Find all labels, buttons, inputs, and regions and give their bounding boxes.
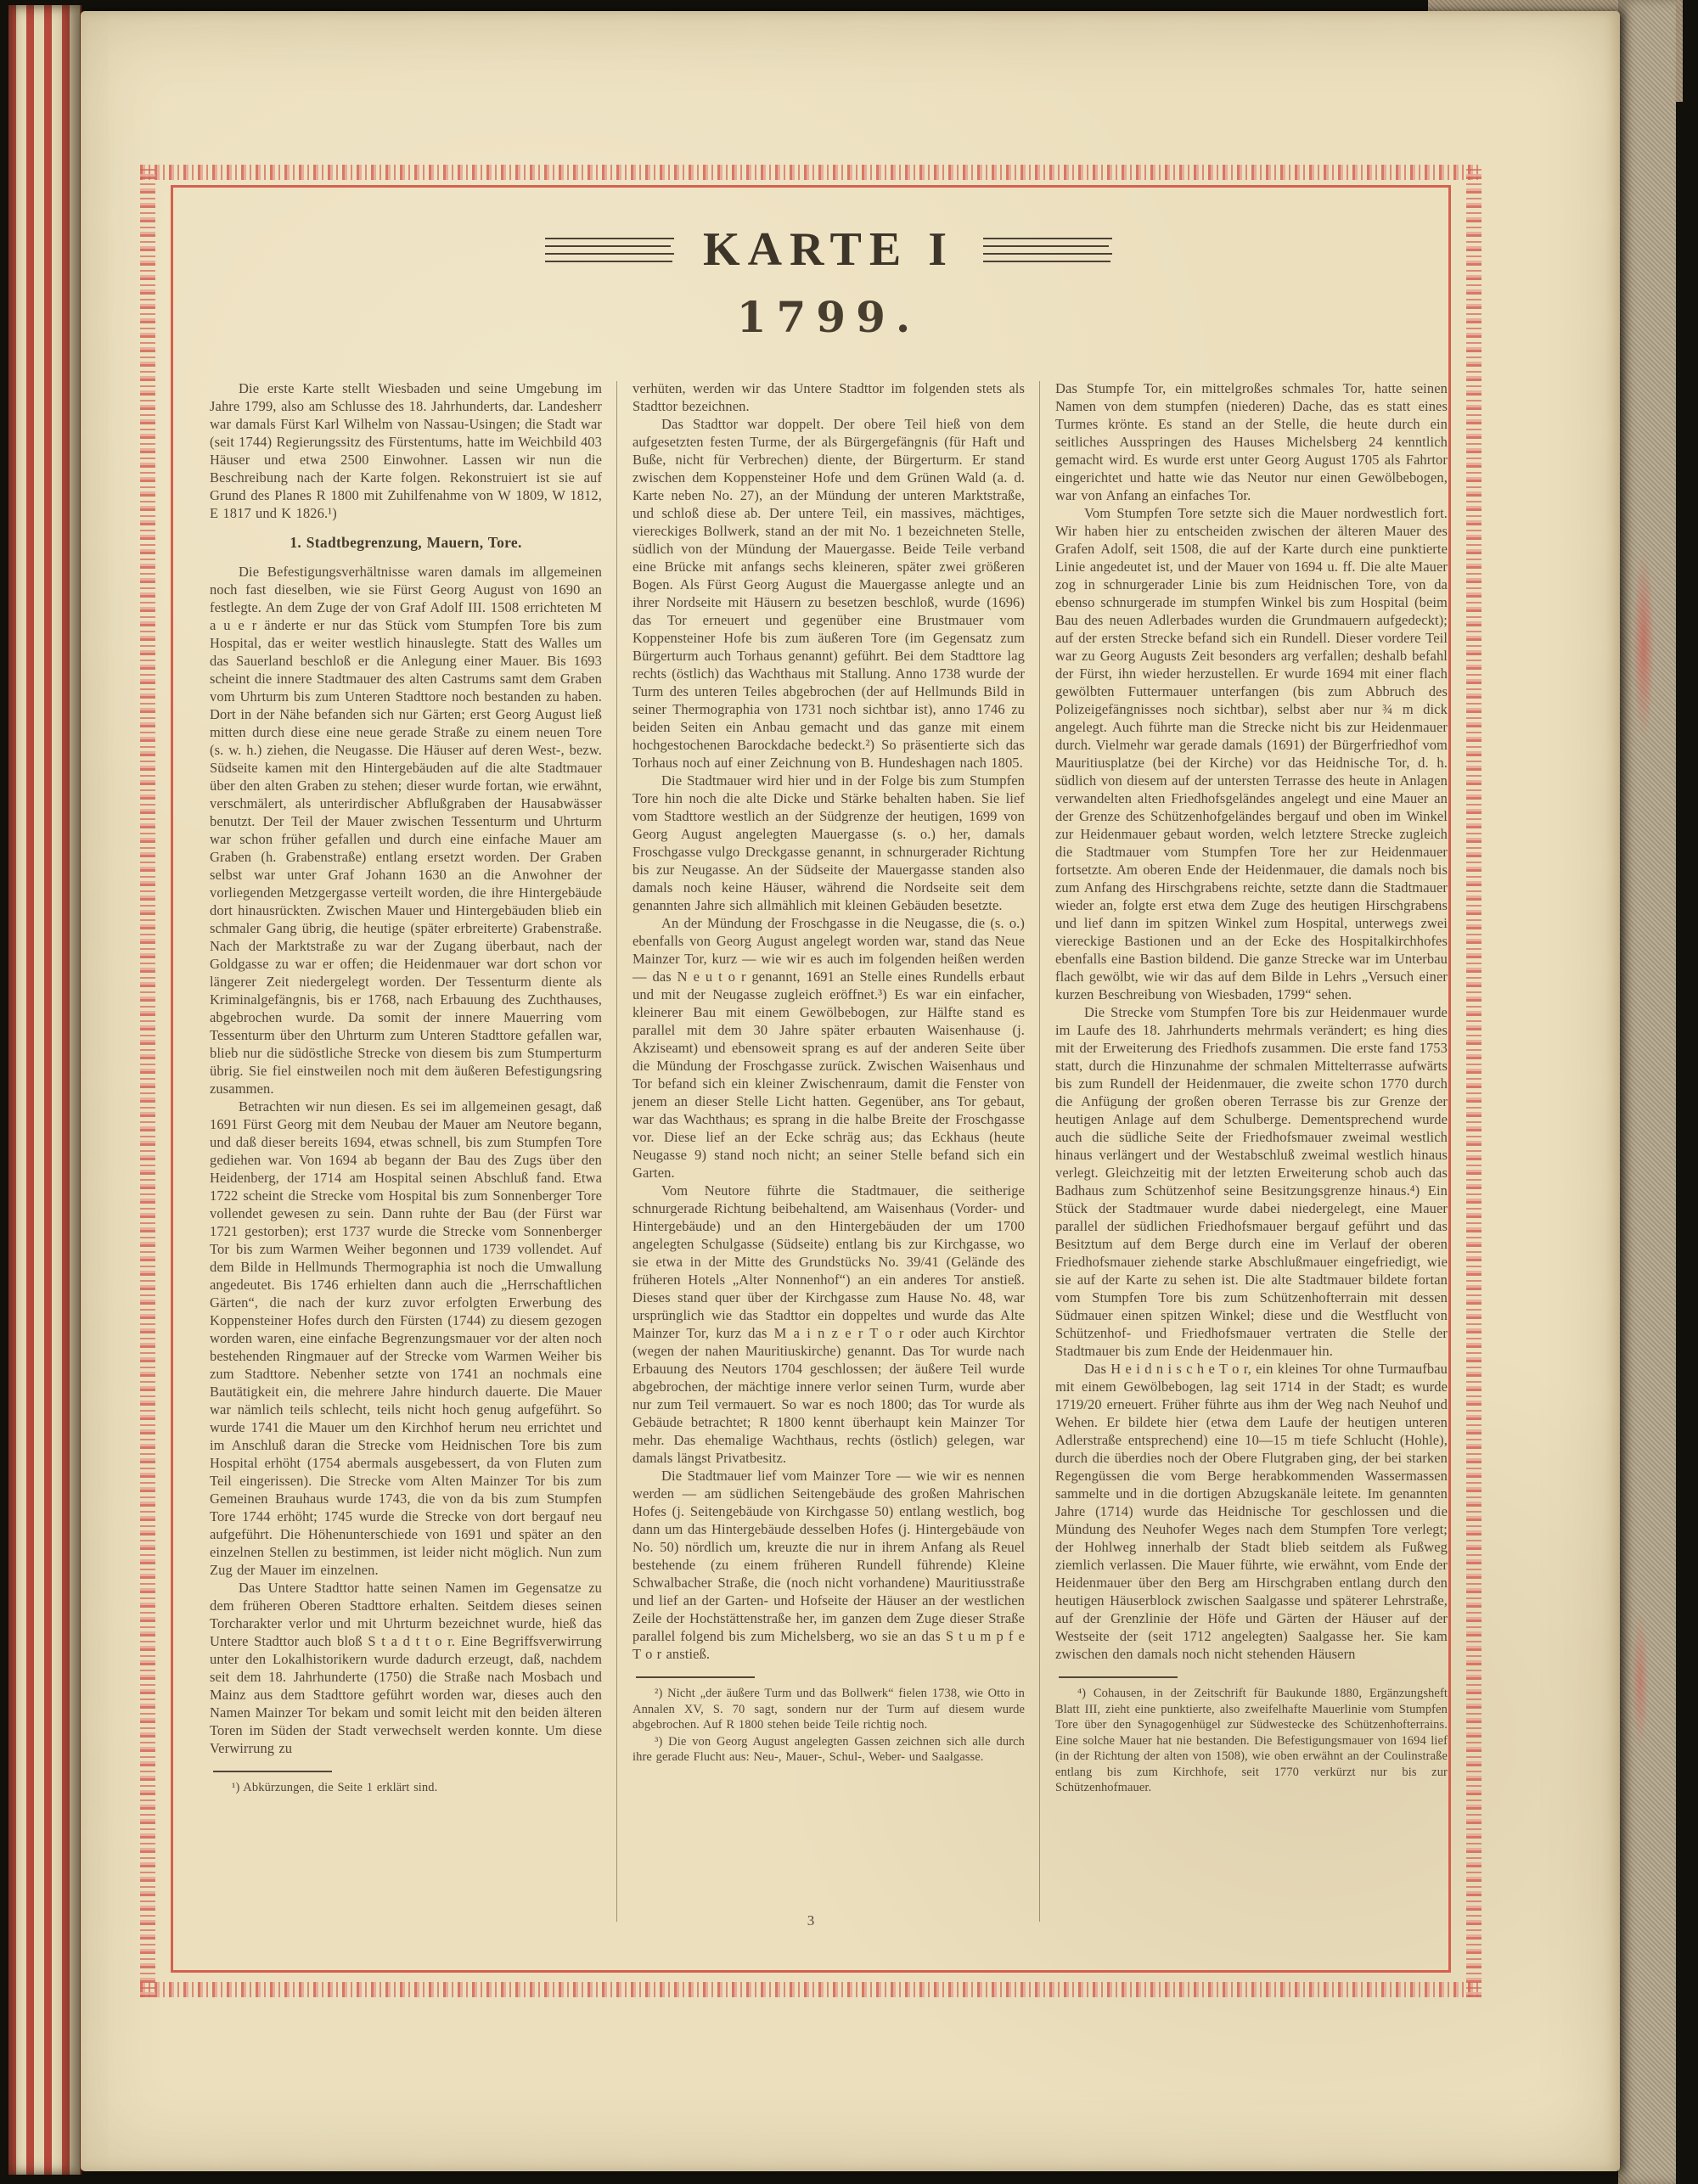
column-divider-left bbox=[616, 381, 617, 1922]
paragraph: Das Stadttor war doppelt. Der obere Teil… bbox=[633, 415, 1025, 772]
section-heading: 1. Stadtbegrenzung, Mauern, Tore. bbox=[210, 534, 602, 552]
paragraph: Vom Stumpfen Tore setzte sich die Mauer … bbox=[1055, 504, 1448, 1003]
title-flourish-left bbox=[545, 238, 674, 262]
binding-cloth-edge bbox=[1618, 0, 1676, 2184]
page-subtitle-year: 1799. bbox=[210, 292, 1448, 342]
footnote-separator bbox=[636, 1676, 755, 1678]
column-left: Die erste Karte stellt Wiesbaden und sei… bbox=[210, 379, 602, 1973]
footnote-separator bbox=[213, 1771, 332, 1772]
paragraph: Das H e i d n i s c h e T o r, ein klein… bbox=[1055, 1360, 1448, 1663]
paragraph: Die Stadtmauer wird hier und in der Folg… bbox=[633, 772, 1025, 914]
paragraph: Die Strecke vom Stumpfen Tore bis zur He… bbox=[1055, 1003, 1448, 1360]
book-page: KARTE I 1799. Die erste Karte stellt Wie… bbox=[81, 11, 1620, 2171]
frame-leaf-border-top bbox=[140, 165, 1482, 180]
paragraph: Die Stadtmauer lief vom Mainzer Tore — w… bbox=[633, 1467, 1025, 1663]
paragraph-continuation: verhüten, werden wir das Untere Stadttor… bbox=[633, 379, 1025, 415]
footnote: ²) Nicht „der äußere Turm und das Bollwe… bbox=[633, 1686, 1025, 1733]
page-number: 3 bbox=[171, 1912, 1451, 1929]
frame-leaf-border-left bbox=[140, 165, 155, 1997]
paragraph-intro: Die erste Karte stellt Wiesbaden und sei… bbox=[210, 379, 602, 522]
paragraph: Das Untere Stadttor hatte seinen Namen i… bbox=[210, 1579, 602, 1757]
page-title: KARTE I bbox=[703, 226, 954, 273]
column-middle: verhüten, werden wir das Untere Stadttor… bbox=[633, 379, 1025, 1973]
paragraph: Vom Neutore führte die Stadtmauer, die s… bbox=[633, 1182, 1025, 1467]
footnote: ³) Die von Georg August angelegten Gasse… bbox=[633, 1734, 1025, 1766]
footnote-separator bbox=[1059, 1676, 1178, 1678]
paragraph: Die Befestigungsverhältnisse waren damal… bbox=[210, 563, 602, 1098]
paragraph: An der Mündung der Froschgasse in die Ne… bbox=[633, 914, 1025, 1182]
column-divider-right bbox=[1039, 381, 1040, 1922]
frame-leaf-border-right bbox=[1466, 165, 1482, 1997]
title-flourish-right bbox=[983, 238, 1112, 262]
footnote: ⁴) Cohausen, in der Zeitschrift für Bauk… bbox=[1055, 1686, 1448, 1796]
title-block: KARTE I bbox=[210, 226, 1448, 273]
page-content: KARTE I 1799. Die erste Karte stellt Wie… bbox=[210, 185, 1448, 1973]
paragraph: Das Stumpfe Tor, ein mittelgroßes schmal… bbox=[1055, 379, 1448, 504]
book-edge-striped-endband bbox=[8, 5, 82, 2175]
frame-leaf-border-bottom bbox=[140, 1982, 1482, 1997]
paragraph: Betrachten wir nun diesen. Es sei im all… bbox=[210, 1098, 602, 1579]
column-right: Das Stumpfe Tor, ein mittelgroßes schmal… bbox=[1055, 379, 1448, 1973]
text-columns: Die erste Karte stellt Wiesbaden und sei… bbox=[210, 379, 1448, 1973]
footnote: ¹) Abkürzungen, die Seite 1 erklärt sind… bbox=[210, 1780, 602, 1796]
scanned-book-page: KARTE I 1799. Die erste Karte stellt Wie… bbox=[0, 0, 1698, 2184]
